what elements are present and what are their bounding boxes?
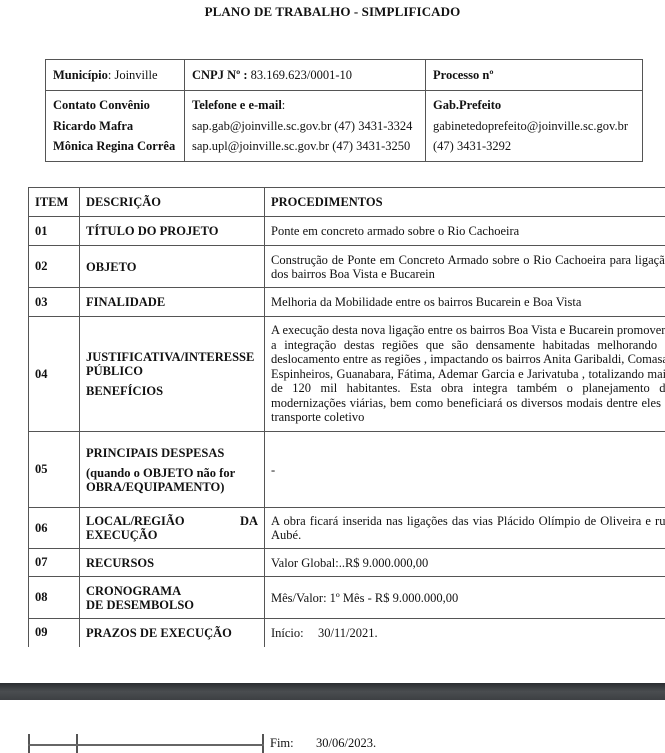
header-item: ITEM (29, 188, 80, 217)
contato-cell: Contato Convênio Ricardo Mafra Mônica Re… (46, 91, 185, 162)
municipio-cell: Município: Joinville (46, 60, 185, 91)
contact-email-phone: sap.gab@joinville.sc.gov.br (47) 3431-33… (192, 116, 418, 137)
gabinete-email: gabinetedoprefeito@joinville.sc.gov.br (433, 116, 635, 137)
table-header-row: ITEM DESCRIÇÃO PROCEDIMENTOS (29, 188, 665, 217)
inicio-label: Início: (271, 626, 318, 640)
fim-date: 30/06/2023. (316, 736, 376, 750)
fim-label: Fim: (270, 736, 316, 751)
header-procedimentos: PROCEDIMENTOS (265, 188, 665, 217)
contact-email-phone: sap.upl@joinville.sc.gov.br (47) 3431-32… (192, 136, 418, 157)
table-row: 05 PRINCIPAIS DESPESAS (quando o OBJETO … (29, 432, 665, 508)
document-title: PLANO DE TRABALHO - SIMPLIFICADO (0, 4, 665, 20)
inicio-date: 30/11/2021. (318, 626, 378, 640)
table-continuation (28, 734, 264, 753)
fim-row: Fim:30/06/2023. (270, 736, 376, 751)
header-info-table: Município: Joinville CNPJ Nº : 83.169.62… (45, 59, 643, 162)
gabinete-phone: (47) 3431-3292 (433, 136, 635, 157)
document-page-1: PLANO DE TRABALHO - SIMPLIFICADO Municíp… (0, 0, 665, 683)
table-row: 09 PRAZOS DE EXECUÇÃO Início:30/11/2021. (29, 619, 665, 647)
table-row: 01 TÍTULO DO PROJETO Ponte em concreto a… (29, 217, 665, 246)
telefone-cell: Telefone e e-mail: sap.gab@joinville.sc.… (185, 91, 426, 162)
contato-name: Mônica Regina Corrêa (53, 136, 177, 157)
document-page-2: Fim:30/06/2023. (0, 700, 665, 753)
page-separator (0, 683, 665, 700)
table-row: 04 JUSTIFICATIVA/INTERESSE PÚBLICO BENEF… (29, 317, 665, 432)
table-row: 03 FINALIDADE Melhoria da Mobilidade ent… (29, 288, 665, 317)
gabinete-cell: Gab.Prefeito gabinetedoprefeito@joinvill… (426, 91, 643, 162)
contato-name: Ricardo Mafra (53, 116, 177, 137)
processo-cell: Processo nº (426, 60, 643, 91)
table-row: 02 OBJETO Construção de Ponte em Concret… (29, 246, 665, 288)
table-row: 08 CRONOGRAMA DE DESEMBOLSO Mês/Valor: 1… (29, 577, 665, 619)
cnpj-cell: CNPJ Nº : 83.169.623/0001-10 (185, 60, 426, 91)
plano-trabalho-table: ITEM DESCRIÇÃO PROCEDIMENTOS 01 TÍTULO D… (28, 187, 665, 647)
table-row: 06 LOCAL/REGIÃO DA EXECUÇÃO A obra ficar… (29, 508, 665, 549)
table-row: 07 RECURSOS Valor Global:..R$ 9.000.000,… (29, 549, 665, 577)
header-descricao: DESCRIÇÃO (80, 188, 265, 217)
